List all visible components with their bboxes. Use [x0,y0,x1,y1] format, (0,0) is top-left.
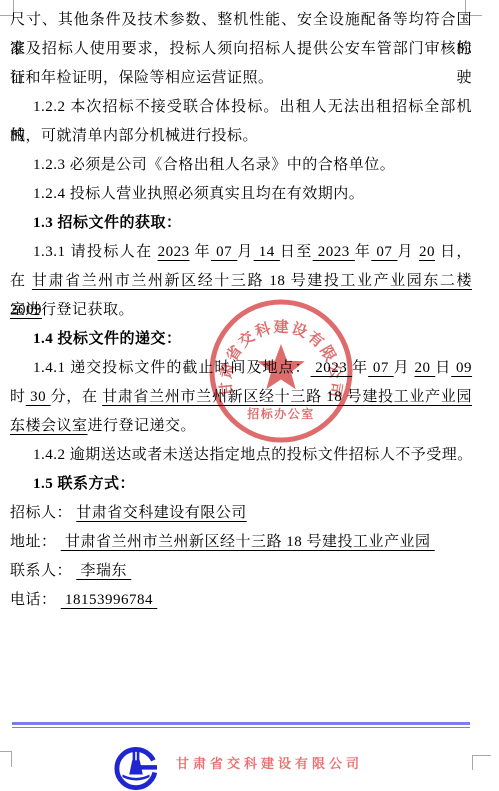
text-segment: 分，在 [51,389,103,405]
contact-tenderer-row: 招标人： 甘肃省交科建设有限公司 [10,499,472,528]
contact-person-label: 联系人： [10,563,76,579]
phone-label: 电话： [10,592,61,608]
text-segment: 月 [397,244,418,260]
submit-address-field-cont: 二楼会议室 [10,418,88,434]
body-line: 准及招标人使用要求，投标人须向招标人提供公安车管部门审核的行驶 [10,35,472,64]
contact-person-row: 联系人： 李瑞东 [10,557,472,586]
text-segment: 时 [10,389,26,405]
company-logo-icon [113,746,159,791]
footer-divider [12,722,470,728]
text-segment: 1.4.1 递交投标文件的截止时间及地点： [33,360,311,376]
tenderer-label: 招标人： [10,505,76,521]
text-segment: 1.3 招标文件的获取： [33,215,182,231]
clause-1-4-1: 1.4.1 递交投标文件的截止时间及地点： 2023 年 07 月 20 日 0… [10,354,472,383]
text-segment: 年 [352,360,368,376]
text-segment: 在 [10,273,32,289]
text-segment: 1.3.1 请投标人在 [33,244,158,260]
obtain-year-field: 2023 [158,244,190,260]
text-segment: 1.4.2 逾期送达或者未送达指定地点的投标文件招标人不予受理。 [33,447,473,463]
text-segment: 的，可就清单内部分机械进行投标。 [10,128,258,144]
text-segment: 进行登记递交。 [88,418,197,434]
text-segment: 年 [355,244,371,260]
document-page: 尺寸、其他条件及技术参数、整机性能、安全设施配备等均符合国家标 准及招标人使用要… [0,0,499,791]
obtain-end-month-field: 07 [371,244,397,260]
text-segment: 1.2.4 投标人营业执照必须真实且均在有效期内。 [33,186,364,202]
tenderer-name-value: 甘肃省交科建设有限公司 [76,505,247,521]
heading-1-5: 1.5 联系方式： [10,470,472,499]
obtain-address-field-cont: 室 [10,302,26,318]
deadline-day-field: 20 [414,360,435,376]
deadline-hour-field: 09 [451,360,472,376]
clause-1-3-1: 1.3.1 请投标人在 2023 年 07 月 14 日至 2023 年 07 … [10,238,472,267]
text-segment: 进行登记获取。 [26,302,135,318]
phone-value: 18153996784 [61,592,158,608]
text-segment: 日 [435,360,451,376]
contact-phone-row: 电话： 18153996784 [10,586,472,615]
text-segment: 日至 [280,244,313,260]
clause-1-4-2: 1.4.2 逾期送达或者未送达指定地点的投标文件招标人不予受理。 [10,441,472,470]
heading-1-4: 1.4 投标文件的递交： [10,325,472,354]
text-segment: 月 [237,244,253,260]
obtain-end-day-field: 20 [419,244,435,260]
text-segment: 年 [190,244,211,260]
body-line: 时 30 分，在 甘肃省兰州市兰州新区经十三路 18 号建投工业产业园东 [10,383,472,412]
text-segment: 日， [435,244,472,260]
text-segment: 1.4 投标文件的递交： [33,331,182,347]
contact-person-value: 李瑞东 [76,563,131,579]
deadline-year-field: 2023 [311,360,353,376]
footer-company-name: 甘肃省交科建设有限公司 [176,756,361,772]
deadline-minute-field: 30 [26,389,51,405]
body-line: 二楼会议室进行登记递交。 [10,412,472,441]
address-label: 地址： [10,534,61,550]
body-line: 尺寸、其他条件及技术参数、整机性能、安全设施配备等均符合国家标 [10,6,472,35]
address-value: 甘肃省兰州市兰州新区经十三路 18 号建投工业产业园 [61,534,435,550]
obtain-month-field: 07 [211,244,237,260]
page-margin-mark-bottom-left [0,751,12,767]
deadline-month-field: 07 [368,360,394,376]
document-body: 尺寸、其他条件及技术参数、整机性能、安全设施配备等均符合国家标 准及招标人使用要… [10,6,472,615]
heading-1-3: 1.3 招标文件的获取： [10,209,472,238]
contact-address-row: 地址： 甘肃省兰州市兰州新区经十三路 18 号建投工业产业园 [10,528,472,557]
body-line: 在 甘肃省兰州市兰州新区经十三路 18 号建投工业产业园东二楼 2009 [10,267,472,296]
obtain-day-field: 14 [254,244,280,260]
text-segment: 月 [394,360,415,376]
page-margin-mark-bottom-right [472,755,491,770]
clause-1-2-3: 1.2.3 必须是公司《合格出租人名录》中的合格单位。 [10,151,472,180]
text-segment: 1.2.3 必须是公司《合格出租人名录》中的合格单位。 [33,157,395,173]
obtain-end-year-field: 2023 [313,244,355,260]
clause-1-2-2: 1.2.2 本次招标不接受联合体投标。出租人无法出租招标全部机械 [10,93,472,122]
text-segment: 1.5 联系方式： [33,476,135,492]
clause-1-2-4: 1.2.4 投标人营业执照必须真实且均在有效期内。 [10,180,472,209]
text-segment: 证和年检证明，保险等相应运营证照。 [10,70,274,86]
body-line: 的，可就清单内部分机械进行投标。 [10,122,472,151]
body-line: 室进行登记获取。 [10,296,472,325]
